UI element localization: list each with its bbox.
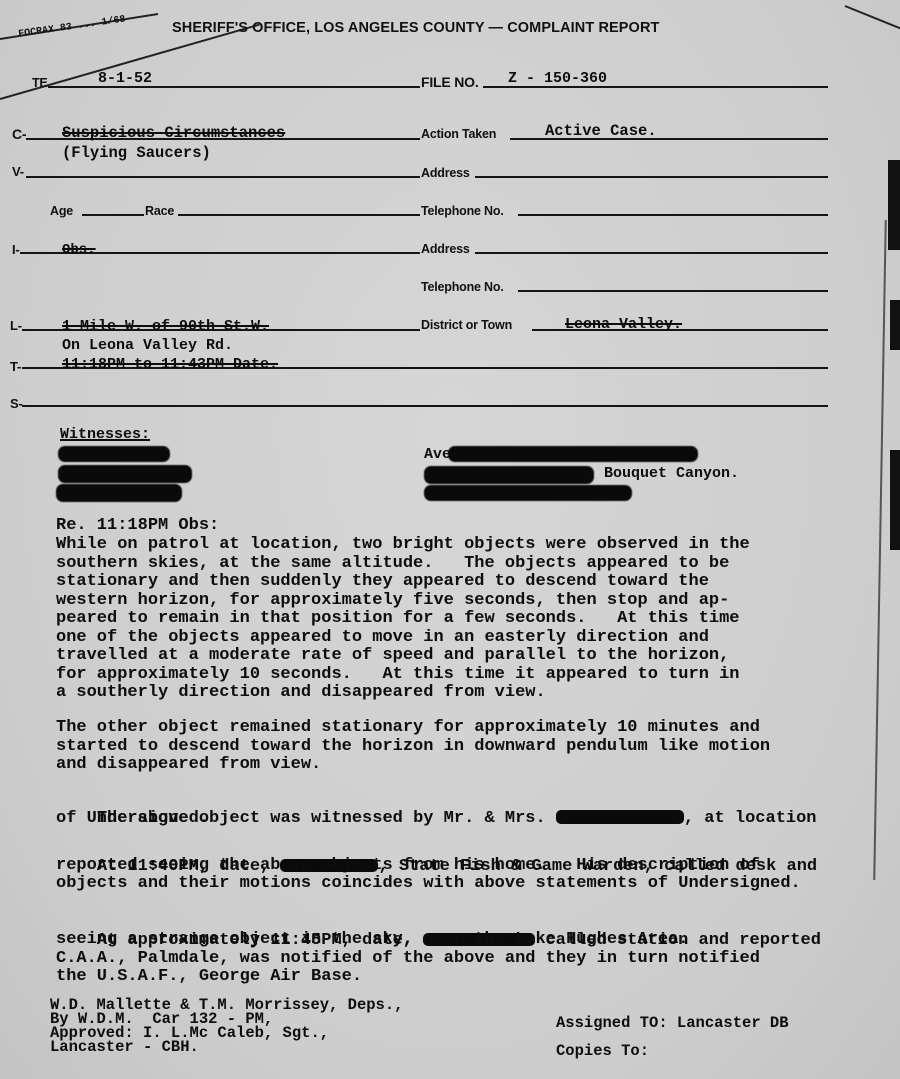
narrative-line: a southerly direction and disappeared fr… <box>56 684 750 703</box>
redaction-witness-surname <box>556 810 684 824</box>
narrative-paragraph-3-line-2: of Undersigned. <box>56 810 209 829</box>
copies-to: Copies To: <box>556 1042 649 1061</box>
redaction-witness-name-2 <box>58 465 192 483</box>
date-label: TE <box>32 76 48 90</box>
telephone-label-2: Telephone No. <box>421 280 504 294</box>
file-no-label: FILE NO. <box>421 74 479 90</box>
district-label: District or Town <box>421 318 512 332</box>
v-line <box>26 176 420 178</box>
redaction-witness-address-2 <box>424 466 594 484</box>
c-value-line1: Suspicious Circumstances <box>62 124 285 143</box>
s-line <box>22 405 828 407</box>
redaction-witness-name-1 <box>58 446 170 462</box>
narrative-line: C.A.A., Palmdale, was notified of the ab… <box>56 950 760 969</box>
t-value: 11:18PM to 11:43PM Date. <box>62 356 278 375</box>
narrative-line: started to descend toward the horizon in… <box>56 738 770 757</box>
t-label: T- <box>10 359 21 374</box>
file-no-value: Z - 150-360 <box>508 70 607 89</box>
narrative-line: seeing a strange object in the sky, over… <box>56 931 760 950</box>
v-label: V- <box>12 164 24 179</box>
c-value-line2: (Flying Saucers) <box>62 144 211 163</box>
signature-block: W.D. Mallette & T.M. Morrissey, Deps.,By… <box>50 998 403 1054</box>
narrative-paragraph-4-line-2: reported seeing the above objects from h… <box>56 857 760 876</box>
age-label: Age <box>50 204 73 218</box>
c-label: C- <box>12 126 26 142</box>
l-value-line2: On Leona Valley Rd. <box>62 337 233 356</box>
narrative-line: peared to remain in that position for a … <box>56 610 750 629</box>
assigned-to: Assigned TO: Lancaster DB <box>556 1014 789 1033</box>
narrative-paragraph-4-line-3: objects and their motions coincides with… <box>56 875 801 894</box>
report-header-title: SHERIFF'S OFFICE, LOS ANGELES COUNTY — C… <box>172 20 659 36</box>
narrative-line: one of the objects appeared to move in a… <box>56 629 750 648</box>
fold-crease <box>845 5 900 29</box>
redaction-witness-address-3 <box>424 485 632 501</box>
adjacent-page-edge <box>890 300 900 350</box>
i-label: I- <box>12 242 20 257</box>
i-value: Obs. <box>62 241 96 260</box>
signature-line: Lancaster - CBH. <box>50 1040 403 1054</box>
narrative-line: stationary and then suddenly they appear… <box>56 573 750 592</box>
narrative-paragraph-1: While on patrol at location, two bright … <box>56 536 750 703</box>
address-line-2 <box>475 252 828 254</box>
district-value: Leona Valley. <box>565 316 682 335</box>
address-line-1 <box>475 176 828 178</box>
narrative-line: the U.S.A.F., George Air Base. <box>56 968 760 987</box>
narrative-line: for approximately 10 seconds. At this ti… <box>56 666 750 685</box>
narrative-paragraph-2: The other object remained stationary for… <box>56 719 770 775</box>
telephone-line-1 <box>518 214 828 216</box>
narrative-line: and disappeared from view. <box>56 756 770 775</box>
narrative-line: While on patrol at location, two bright … <box>56 536 750 555</box>
narrative-line: southern skies, at the same altitude. Th… <box>56 555 750 574</box>
p3-text-b: , at location <box>684 809 817 828</box>
redaction-witness-address-1 <box>448 446 698 462</box>
s-label: S- <box>10 396 23 411</box>
narrative-line: The other object remained stationary for… <box>56 719 770 738</box>
witnesses-heading: Witnesses: <box>60 426 150 445</box>
narrative-line: travelled at a moderate rate of speed an… <box>56 647 750 666</box>
address-label-1: Address <box>421 166 470 180</box>
address-label-2: Address <box>421 242 470 256</box>
telephone-label-1: Telephone No. <box>421 204 504 218</box>
page-edge-line <box>873 220 887 880</box>
redaction-witness-name-3 <box>56 484 182 502</box>
age-line <box>82 214 144 216</box>
telephone-line-2 <box>518 290 828 292</box>
complaint-report-page: FOCRAX 83 ... 1/68 SHERIFF'S OFFICE, LOS… <box>0 0 900 1079</box>
action-taken-value: Active Case. <box>545 122 657 141</box>
l-value-line1: 1 Mile W. of 90th St.W. <box>62 318 269 337</box>
l-label: L- <box>10 318 22 333</box>
action-taken-label: Action Taken <box>421 127 496 141</box>
narrative-line: western horizon, for approximately five … <box>56 592 750 611</box>
witness-address-suffix: , Bouquet Canyon. <box>586 465 739 484</box>
race-line <box>178 214 420 216</box>
narrative-heading: Re. 11:18PM Obs: <box>56 517 219 536</box>
adjacent-page-edge <box>888 160 900 250</box>
race-label: Race <box>145 204 174 218</box>
stamp-text: FOCRAX 83 ... 1/68 <box>18 15 127 41</box>
witness-address-prefix: Ave <box>424 446 451 465</box>
narrative-paragraph-5-rest: seeing a strange object in the sky, over… <box>56 931 760 987</box>
date-value: 8-1-52 <box>98 70 152 89</box>
adjacent-page-edge <box>890 450 900 550</box>
